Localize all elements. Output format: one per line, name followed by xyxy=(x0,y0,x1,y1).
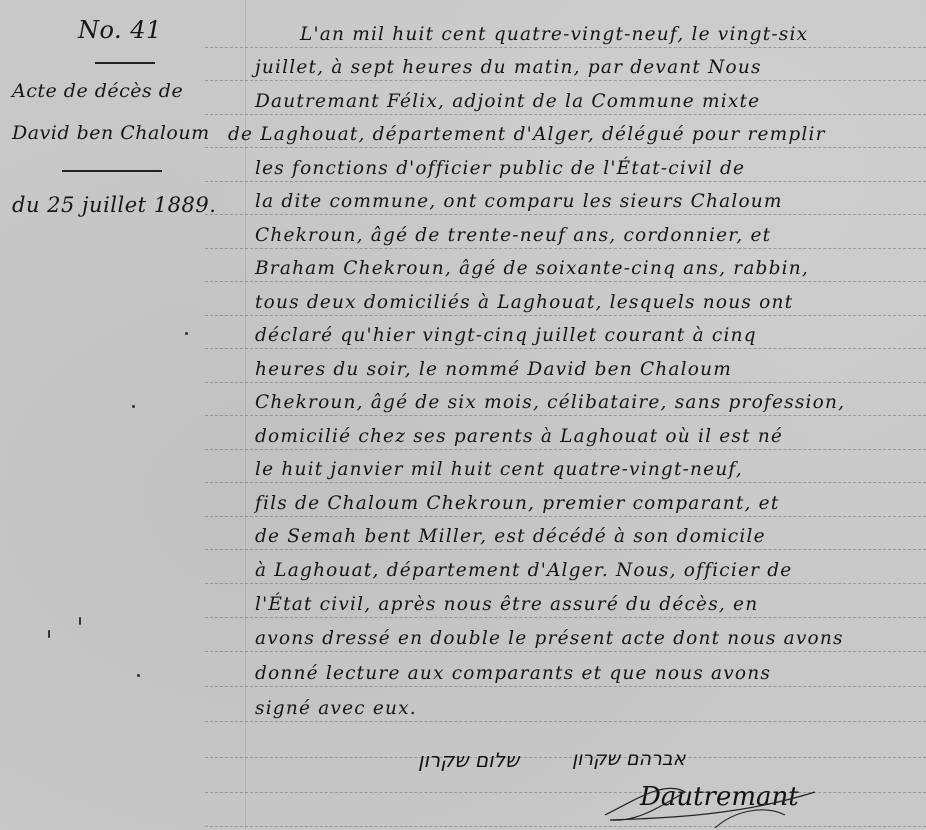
ruled-line xyxy=(205,47,926,48)
ruled-line xyxy=(205,549,926,550)
body-line: Braham Chekroun, âgé de soixante-cinq an… xyxy=(255,258,809,279)
ruled-line xyxy=(205,516,926,517)
body-line: Chekroun, âgé de six mois, célibataire, … xyxy=(255,392,845,413)
paper-speck xyxy=(132,405,135,408)
paper-speck xyxy=(137,674,140,677)
margin-title-underline xyxy=(62,170,162,172)
body-line: signé avec eux. xyxy=(255,698,417,719)
body-line: à Laghouat, département d'Alger. Nous, o… xyxy=(255,560,792,581)
body-line: fils de Chaloum Chekroun, premier compar… xyxy=(255,493,779,514)
act-number: No. 41 xyxy=(78,16,162,44)
ruled-line xyxy=(205,721,926,722)
body-line: le huit janvier mil huit cent quatre-vin… xyxy=(255,459,743,480)
ruled-line xyxy=(205,583,926,584)
ruled-line xyxy=(205,686,926,687)
body-line: Dautremant Félix, adjoint de la Commune … xyxy=(255,91,760,112)
ruled-line xyxy=(205,348,926,349)
ruled-line xyxy=(205,482,926,483)
ruled-line xyxy=(205,281,926,282)
ruled-line xyxy=(205,315,926,316)
ruled-line xyxy=(205,248,926,249)
body-line: l'État civil, après nous être assuré du … xyxy=(255,594,758,615)
body-line: domicilié chez ses parents à Laghouat où… xyxy=(255,426,783,447)
body-line: donné lecture aux comparants et que nous… xyxy=(255,663,771,684)
body-line: heures du soir, le nommé David ben Chalo… xyxy=(255,359,732,380)
ruled-line xyxy=(205,147,926,148)
body-line: les fonctions d'officier public de l'Éta… xyxy=(255,158,745,179)
body-line: L'an mil huit cent quatre-vingt-neuf, le… xyxy=(300,24,808,45)
body-line: la dite commune, ont comparu les sieurs … xyxy=(255,191,783,212)
ruled-line xyxy=(205,80,926,81)
ruled-line xyxy=(205,449,926,450)
paper-speck xyxy=(48,630,50,638)
body-line: de Laghouat, département d'Alger, délégu… xyxy=(228,124,826,145)
body-line: tous deux domiciliés à Laghouat, lesquel… xyxy=(255,292,793,313)
body-line: juillet, à sept heures du matin, par dev… xyxy=(255,57,762,78)
hebrew-signature-2: אברהם שקרון xyxy=(572,748,686,770)
signature-flourish xyxy=(595,770,835,830)
ruled-line xyxy=(205,181,926,182)
margin-title-line-1: Acte de décès de xyxy=(12,80,183,102)
ruled-line xyxy=(205,114,926,115)
ruled-line xyxy=(205,651,926,652)
act-number-underline xyxy=(95,62,155,64)
ruled-line xyxy=(205,382,926,383)
ruled-line xyxy=(205,617,926,618)
body-line: déclaré qu'hier vingt-cinq juillet coura… xyxy=(255,325,757,346)
body-line: de Semah bent Miller, est décédé à son d… xyxy=(255,526,766,547)
body-line: avons dressé en double le présent acte d… xyxy=(255,628,844,649)
margin-title-line-2: David ben Chaloum xyxy=(12,122,210,144)
paper-speck xyxy=(185,332,188,335)
ruled-line xyxy=(205,214,926,215)
margin-title-line-3: du 25 juillet 1889. xyxy=(12,193,216,217)
hebrew-signature-1: שלום שקרון xyxy=(418,748,519,772)
body-line: Chekroun, âgé de trente-neuf ans, cordon… xyxy=(255,225,771,246)
paper-speck xyxy=(79,617,81,625)
ruled-line xyxy=(205,757,926,758)
document-page: No. 41 Acte de décès de David ben Chalou… xyxy=(0,0,926,830)
ruled-line xyxy=(205,415,926,416)
